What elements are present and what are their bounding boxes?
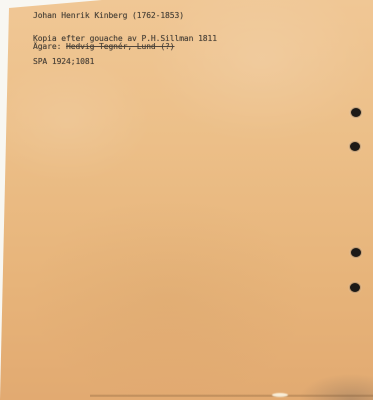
punch-hole <box>351 108 361 117</box>
punch-hole <box>350 283 360 292</box>
scanned-page: Johan Henrik Kinberg (1762-1853) Kopia e… <box>0 0 373 400</box>
bottom-edge-glint <box>272 393 288 397</box>
sitter-name-line: Johan Henrik Kinberg (1762-1853) <box>33 12 184 20</box>
accession-number-line: SPA 1924;1081 <box>33 58 94 66</box>
owner-label: Ägare: <box>33 42 66 51</box>
punch-hole <box>351 248 361 257</box>
owner-struck-text: Hedvig Tegnér, Lund (?) <box>66 42 174 51</box>
owner-line: Ägare: Hedvig Tegnér, Lund (?) <box>33 43 175 51</box>
punch-hole <box>350 142 360 151</box>
